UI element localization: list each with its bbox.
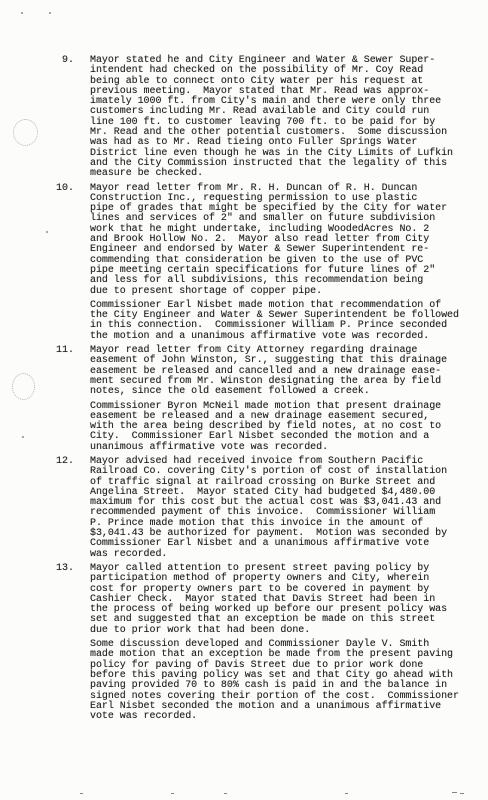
item-body: Mayor read letter from City Attorney reg… xyxy=(90,346,447,457)
item-number: 13. xyxy=(0,564,74,574)
item-body: Mayor called attention to present street… xyxy=(90,564,459,726)
item-body: Mayor read letter from Mr. R. H. Duncan … xyxy=(90,184,459,346)
scan-edge-speck xyxy=(80,793,83,794)
item-number: 10. xyxy=(0,184,74,194)
scan-edge-speck xyxy=(345,793,348,794)
minutes-item: 9. Mayor stated he and City Engineer and… xyxy=(0,56,488,184)
document-page: 9. Mayor stated he and City Engineer and… xyxy=(0,0,488,800)
scan-speck xyxy=(22,436,24,438)
scan-speck xyxy=(46,231,48,233)
scan-speck xyxy=(21,12,23,14)
minutes-item: 13. Mayor called attention to present st… xyxy=(0,564,488,726)
item-paragraph: Some discussion developed and Commission… xyxy=(90,640,459,722)
scan-edge-speck xyxy=(460,793,464,794)
minutes-item: 10. Mayor read letter from Mr. R. H. Dun… xyxy=(0,184,488,346)
item-number: 9. xyxy=(0,56,74,66)
item-paragraph: Mayor read letter from City Attorney reg… xyxy=(90,346,447,397)
item-paragraph: Mayor called attention to present street… xyxy=(90,564,459,636)
scan-edge-speck xyxy=(224,793,227,794)
scan-speck xyxy=(49,12,51,14)
scan-ring-mark xyxy=(13,119,38,146)
minutes-list: 9. Mayor stated he and City Engineer and… xyxy=(0,56,488,726)
item-number: 11. xyxy=(0,346,74,356)
item-paragraph: Mayor advised had received invoice from … xyxy=(90,457,447,560)
item-body: Mayor stated he and City Engineer and Wa… xyxy=(90,56,453,184)
scan-ring-mark xyxy=(12,373,35,400)
scan-edge-speck xyxy=(171,793,174,794)
item-paragraph: Commissioner Earl Nisbet made motion tha… xyxy=(90,301,459,342)
item-body: Mayor advised had received invoice from … xyxy=(90,457,447,564)
item-paragraph: Commissioner Byron McNeil made motion th… xyxy=(90,402,447,453)
minutes-item: 12. Mayor advised had received invoice f… xyxy=(0,457,488,564)
minutes-item: 11. Mayor read letter from City Attorney… xyxy=(0,346,488,457)
scan-edge-speck xyxy=(452,792,457,793)
item-paragraph: Mayor stated he and City Engineer and Wa… xyxy=(90,56,453,180)
item-paragraph: Mayor read letter from Mr. R. H. Duncan … xyxy=(90,184,459,297)
item-number: 12. xyxy=(0,457,74,467)
